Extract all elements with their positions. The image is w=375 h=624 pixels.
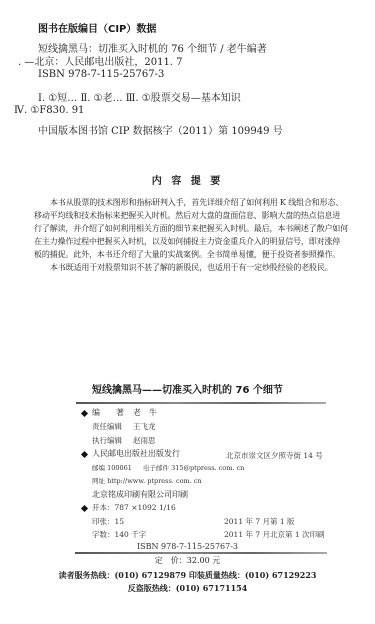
summary-line: 本书既适用于对股票知识不甚了解的新股民，也适用于有一定炒股经验的老股民。: [50, 264, 333, 272]
price: 定 价：32.00 元: [0, 557, 375, 565]
email: 电子邮件 315@ptpress. com. cn: [143, 465, 244, 472]
cip-title-line: 短线擒黑马：切准买入时机的 76 个细节 / 老牛编著: [38, 45, 267, 55]
exec-editor-name: 赵雨思: [133, 437, 156, 445]
postcode: 邮编 100061: [92, 465, 132, 472]
anti-piracy-hotline: 反盗版热线：(010) 67171154: [0, 584, 375, 592]
printed-sheets: 印张：15: [92, 518, 124, 526]
editor-name: 王飞龙: [133, 423, 156, 431]
printing-date: 2011 年 7 月北京第 1 次印刷: [224, 531, 325, 539]
editor-label: 责任编辑: [92, 423, 122, 431]
website: 网址 http://www. ptpress. com. cn: [92, 478, 202, 485]
colophon-title: 短线擒黑马——切准买入时机的 76 个细节: [0, 386, 375, 396]
bullet-diamond-icon: [81, 451, 88, 458]
summary-line: 本书从股票的技术图形和指标研判入手，首先详细介绍了如何利用 K 线组合和形态、: [50, 199, 343, 207]
word-count: 字数：140 千字: [92, 531, 146, 539]
book-format: 开本：787 ×1092 1/16: [92, 504, 176, 512]
colophon-isbn: ISBN 978-7-115-25767-3: [0, 543, 375, 551]
author-label: 编 著: [92, 409, 124, 417]
cip-class-number-line: Ⅳ. ①F830. 91: [14, 106, 84, 116]
summary-line: 行了解读，并介绍了如何利用相关方面的细节来把握买入时机。最后，本书阐述了散户如何: [34, 225, 348, 233]
service-hotlines: 读者服务热线：(010) 67129879 印装质量热线：(010) 67129…: [0, 571, 375, 579]
summary-line: 移动平均线和技术指标来把握买入时机。然后对大盘的盘面信息、影响大盘的热点信息进: [34, 212, 340, 220]
publisher: 人民邮电出版社出版发行: [92, 450, 180, 458]
summary-line: 板的捕捉。此外，本书还介绍了大量的实战案例。全书简单易懂，便于投资者参照操作。: [34, 251, 340, 259]
author-name: 老 牛: [133, 409, 157, 417]
cip-classification-line: Ⅰ. ①短… Ⅱ. ①老… Ⅲ. ①股票交易—基本知识: [38, 94, 241, 104]
colophon-bottom-rule: [75, 552, 327, 554]
cip-publisher-line: . —北京：人民邮电出版社，2011. 7: [18, 58, 183, 68]
summary-line: 在主力操作过程中把握买入时机，以及如何捕捉主力资金重兵介入的明显信号，即对涨停: [34, 238, 340, 246]
cip-record-number: 中国版本图书馆 CIP 数据核字（2011）第 109949 号: [38, 127, 283, 137]
copyright-page: 图书在版编目（CIP）数据 短线擒黑马：切准买入时机的 76 个细节 / 老牛编…: [0, 0, 375, 624]
edition-date: 2011 年 7 月第 1 版: [224, 518, 295, 526]
cip-heading: 图书在版编目（CIP）数据: [38, 25, 156, 35]
colophon-top-rule: [76, 402, 326, 404]
bullet-diamond-icon: [81, 505, 88, 512]
printer: 北京铭成印刷有限公司印刷: [92, 491, 188, 499]
bullet-diamond-icon: [81, 410, 88, 417]
publisher-address: 北京市崇文区夕照寺街 14 号: [226, 452, 323, 460]
summary-heading: 内 容 提 要: [0, 177, 375, 187]
cip-isbn-line: ISBN 978-7-115-25767-3: [38, 70, 164, 80]
exec-editor-label: 执行编辑: [92, 437, 122, 445]
